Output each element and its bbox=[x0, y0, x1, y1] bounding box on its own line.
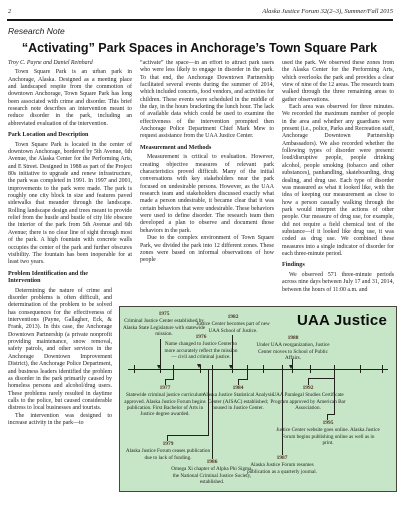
timeline-event-1995: 1995 Justice Center website goes online.… bbox=[276, 420, 380, 446]
journal-page: 2 Alaska Justice Forum 32(2–3), Summer/F… bbox=[0, 0, 399, 516]
down-arrow-icon bbox=[197, 364, 201, 368]
connector bbox=[238, 379, 248, 380]
timeline-tick bbox=[382, 365, 383, 373]
connector bbox=[282, 370, 283, 455]
timeline-event-1976: 1976 Name changed to Justice Center to m… bbox=[162, 334, 240, 360]
timeline-event-1977: 1977 Statewide criminal justice curricul… bbox=[122, 385, 208, 417]
event-year: 1988 bbox=[252, 335, 334, 341]
down-arrow-icon bbox=[229, 365, 233, 369]
paragraph: Measurement is critical to evaluation. H… bbox=[140, 154, 274, 235]
paragraph: Determining the nature of crime and diso… bbox=[8, 288, 112, 413]
timeline-event-1982: 1982 Justice Center becomes part of new … bbox=[192, 314, 274, 334]
timeline-title: UAA Justice bbox=[297, 312, 387, 329]
wrapped-text-block: Problem Identification and the Intervent… bbox=[8, 271, 112, 428]
authors: Troy C. Payne and Daniel Reinhard bbox=[8, 60, 132, 67]
uaa-justice-timeline-figure: UAA Justice 1975 Criminal Justice Center… bbox=[119, 306, 397, 492]
connector bbox=[327, 414, 335, 415]
event-text: UAA Paralegal Studies Certificate Progra… bbox=[268, 392, 348, 411]
paragraph: Town Square Park is located in the cente… bbox=[8, 142, 132, 267]
event-text: Alaska Justice Forum resumes publication… bbox=[240, 462, 324, 475]
paragraph: Due to the complex environment of Town S… bbox=[140, 235, 274, 264]
event-year: 1987 bbox=[240, 455, 324, 461]
connector bbox=[165, 379, 174, 380]
connector bbox=[173, 370, 174, 379]
connector bbox=[208, 370, 209, 435]
down-arrow-icon bbox=[157, 365, 161, 369]
journal-issue-header: Alaska Justice Forum 32(2–3), Summer/Fal… bbox=[262, 8, 393, 15]
paragraph: Town Square Park is an urban park in Anc… bbox=[8, 69, 132, 128]
paragraph: used the park. We observed these zones f… bbox=[282, 60, 394, 104]
paragraph: “activate” the space—in an effort to att… bbox=[140, 60, 274, 141]
event-text: Justice Center website goes online. Alas… bbox=[276, 427, 380, 446]
event-text: Justice Center becomes part of new UAA S… bbox=[192, 321, 274, 334]
column-middle: “activate” the space—in an effort to att… bbox=[140, 60, 274, 307]
event-year: 1995 bbox=[276, 420, 380, 426]
timeline-axis bbox=[128, 369, 388, 370]
heading-problem-identification: Problem Identification and the Intervent… bbox=[8, 271, 112, 286]
column-right: used the park. We observed these zones f… bbox=[282, 60, 394, 307]
event-year: 1976 bbox=[162, 334, 240, 340]
connector bbox=[308, 378, 309, 385]
event-text: Statewide criminal justice curriculum ap… bbox=[122, 392, 208, 417]
event-year: 1992 bbox=[268, 385, 348, 391]
event-text: Under UAA reorganization, Justice Center… bbox=[252, 342, 334, 361]
timeline-tick bbox=[360, 365, 361, 373]
connector bbox=[160, 339, 161, 365]
column-left: Troy C. Payne and Daniel Reinhard Town S… bbox=[8, 60, 132, 427]
event-text: Name changed to Justice Center to more a… bbox=[162, 341, 240, 360]
down-arrow-icon bbox=[289, 365, 293, 369]
timeline-event-1992: 1992 UAA Paralegal Studies Certificate P… bbox=[268, 385, 348, 411]
connector bbox=[167, 435, 209, 436]
connector bbox=[247, 370, 248, 379]
timeline-event-1988: 1988 Under UAA reorganization, Justice C… bbox=[252, 335, 334, 361]
connector bbox=[334, 370, 335, 378]
connector bbox=[212, 370, 213, 459]
timeline-event-1979: 1979 Alaska Justice Forum ceases publica… bbox=[124, 441, 212, 461]
heading-measurement-methods: Measurement and Methods bbox=[140, 145, 274, 153]
timeline-tick bbox=[310, 365, 311, 373]
timeline-tick bbox=[134, 365, 135, 373]
connector bbox=[334, 378, 335, 414]
event-year: 1979 bbox=[124, 441, 212, 447]
paragraph: We observed 571 three-minute periods acr… bbox=[282, 272, 394, 294]
timeline-tick bbox=[263, 365, 264, 373]
page-number: 2 bbox=[8, 8, 11, 15]
connector bbox=[308, 378, 335, 379]
heading-park-location: Park Location and Description bbox=[8, 132, 132, 140]
timeline-event-1987: 1987 Alaska Justice Forum resumes public… bbox=[240, 455, 324, 475]
paragraph: The intervention was designed to increas… bbox=[8, 413, 112, 428]
article-title: “Activating” Park Spaces in Anchorage’s … bbox=[0, 41, 399, 55]
event-year: 1982 bbox=[192, 314, 274, 320]
paragraph: Each area was observed for three minutes… bbox=[282, 104, 394, 258]
section-kicker: Research Note bbox=[8, 26, 65, 36]
header-rule bbox=[7, 19, 393, 21]
heading-findings: Findings bbox=[282, 262, 394, 270]
event-year: 1977 bbox=[122, 385, 208, 391]
